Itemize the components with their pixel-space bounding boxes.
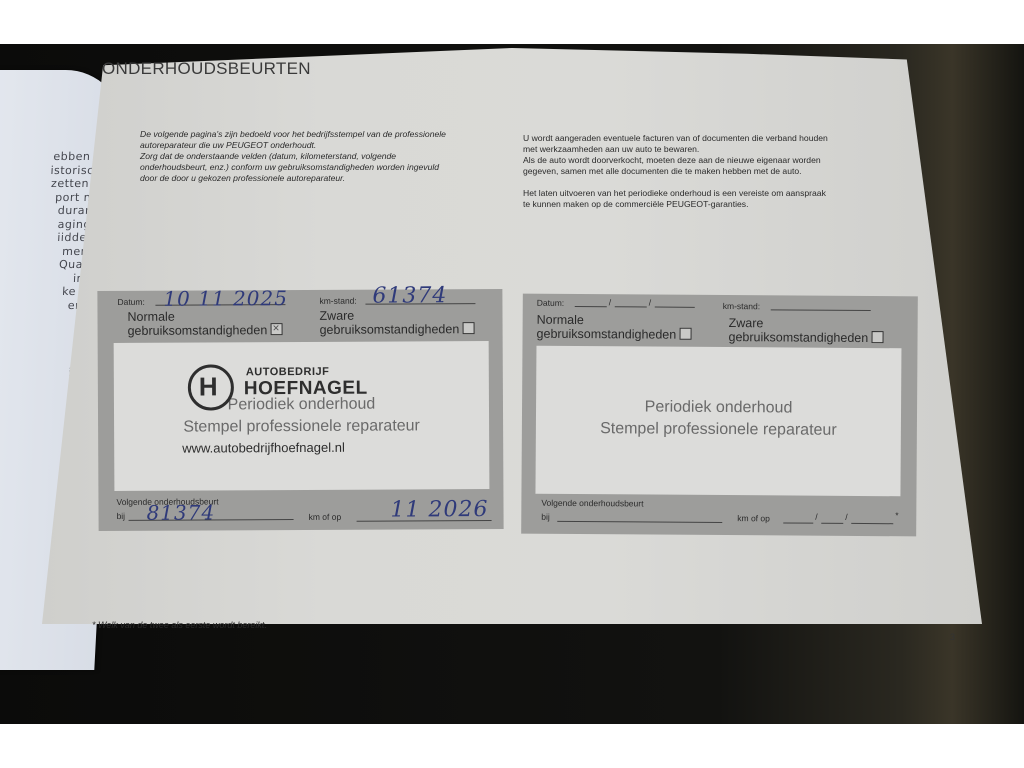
stamp-area: Periodiek onderhoud Stempel professionel… [114,341,490,491]
heavy-label: Zware [729,317,764,330]
normal-checkbox-row: gebruiksomstandigheden [537,327,692,342]
at-label: bij [541,512,550,522]
km-label: km-stand: [319,296,356,306]
heavy-checkbox[interactable] [871,331,883,343]
date-separator: / [609,297,611,307]
heavy-checkbox-row: gebruiksomstandigheden [320,322,475,337]
garage-brand-top: AUTOBEDRIJF [246,366,330,378]
text-line: De volgende pagina's zijn bedoeld voor h… [140,129,446,140]
date-label: Datum: [117,297,144,307]
asterisk: * [895,510,898,520]
date-value[interactable]: 10 11 2025 [163,286,288,311]
normal-label: Normale [127,311,174,324]
km-or-label: km of op [309,512,342,522]
text-line: te kunnen maken op de commerciële PEUGEO… [523,199,828,210]
garage-logo-icon: H [188,364,234,410]
garage-url: www.autobedrijfhoefnagel.nl [182,440,345,456]
km-value[interactable]: 61374 [372,283,447,308]
stamp-subheading: Stempel professionele reparateur [536,420,901,441]
normal-checkbox[interactable] [679,328,691,340]
page-title: ONDERHOUDSBEURTEN [102,59,311,79]
date-separator: / [845,512,847,522]
date-separator: / [649,298,651,308]
date-separator: / [815,512,817,522]
heavy-label: Zware [319,310,354,323]
text-line: autoreparateur die uw PEUGEOT onderhoudt… [140,140,446,151]
next-km-value[interactable]: 81374 [146,500,215,524]
intro-left: De volgende pagina's zijn bedoeld voor h… [140,129,446,184]
at-label: bij [117,511,126,521]
service-form-1: Datum: 10 11 2025 km-stand: 61374 Normal… [97,289,503,531]
text-line: door de door u gekozen professionele aut… [140,173,446,184]
stamp-heading: Periodiek onderhoud [536,398,901,419]
next-service-label: Volgende onderhoudsbeurt [541,498,643,509]
km-or-label: km of op [737,513,770,523]
km-label: km-stand: [723,301,760,311]
stamp-area: Periodiek onderhoud Stempel professionel… [535,346,901,497]
garage-brand-name: HOEFNAGEL [244,378,368,401]
intro-right: U wordt aangeraden eventuele facturen va… [523,133,828,210]
next-date-value[interactable]: 11 2026 [390,497,488,523]
text-line: Het laten uitvoeren van het periodieke o… [523,188,828,199]
text-line: Zorg dat de onderstaande velden (datum, … [140,151,446,162]
text-line: met werkzaamheden aan uw auto te bewaren… [523,144,828,155]
normal-checkbox-row: gebruiksomstandigheden [128,323,283,338]
heavy-checkbox-row: gebruiksomstandigheden [728,330,883,345]
text-line: Als de auto wordt doorverkocht, moeten d… [523,155,828,166]
text-line: onderhoudsbeurt, enz.) conform uw gebrui… [140,162,446,173]
normal-label: Normale [537,314,584,327]
heavy-checkbox[interactable] [462,322,474,334]
stamp-subheading: Stempel professionele reparateur [114,417,489,437]
normal-checkbox[interactable] [270,323,282,335]
service-form-2: Datum: / / km-stand: Normale gebruiksoms… [521,294,918,537]
footnote: * Welk van de twee als eerste wordt bere… [92,620,267,630]
text-line: gegeven, samen met alle documenten die t… [523,166,828,177]
page-number: 3 [950,632,955,642]
date-label: Datum: [537,298,564,308]
text-line [523,177,828,188]
text-line: U wordt aangeraden eventuele facturen va… [523,133,828,144]
